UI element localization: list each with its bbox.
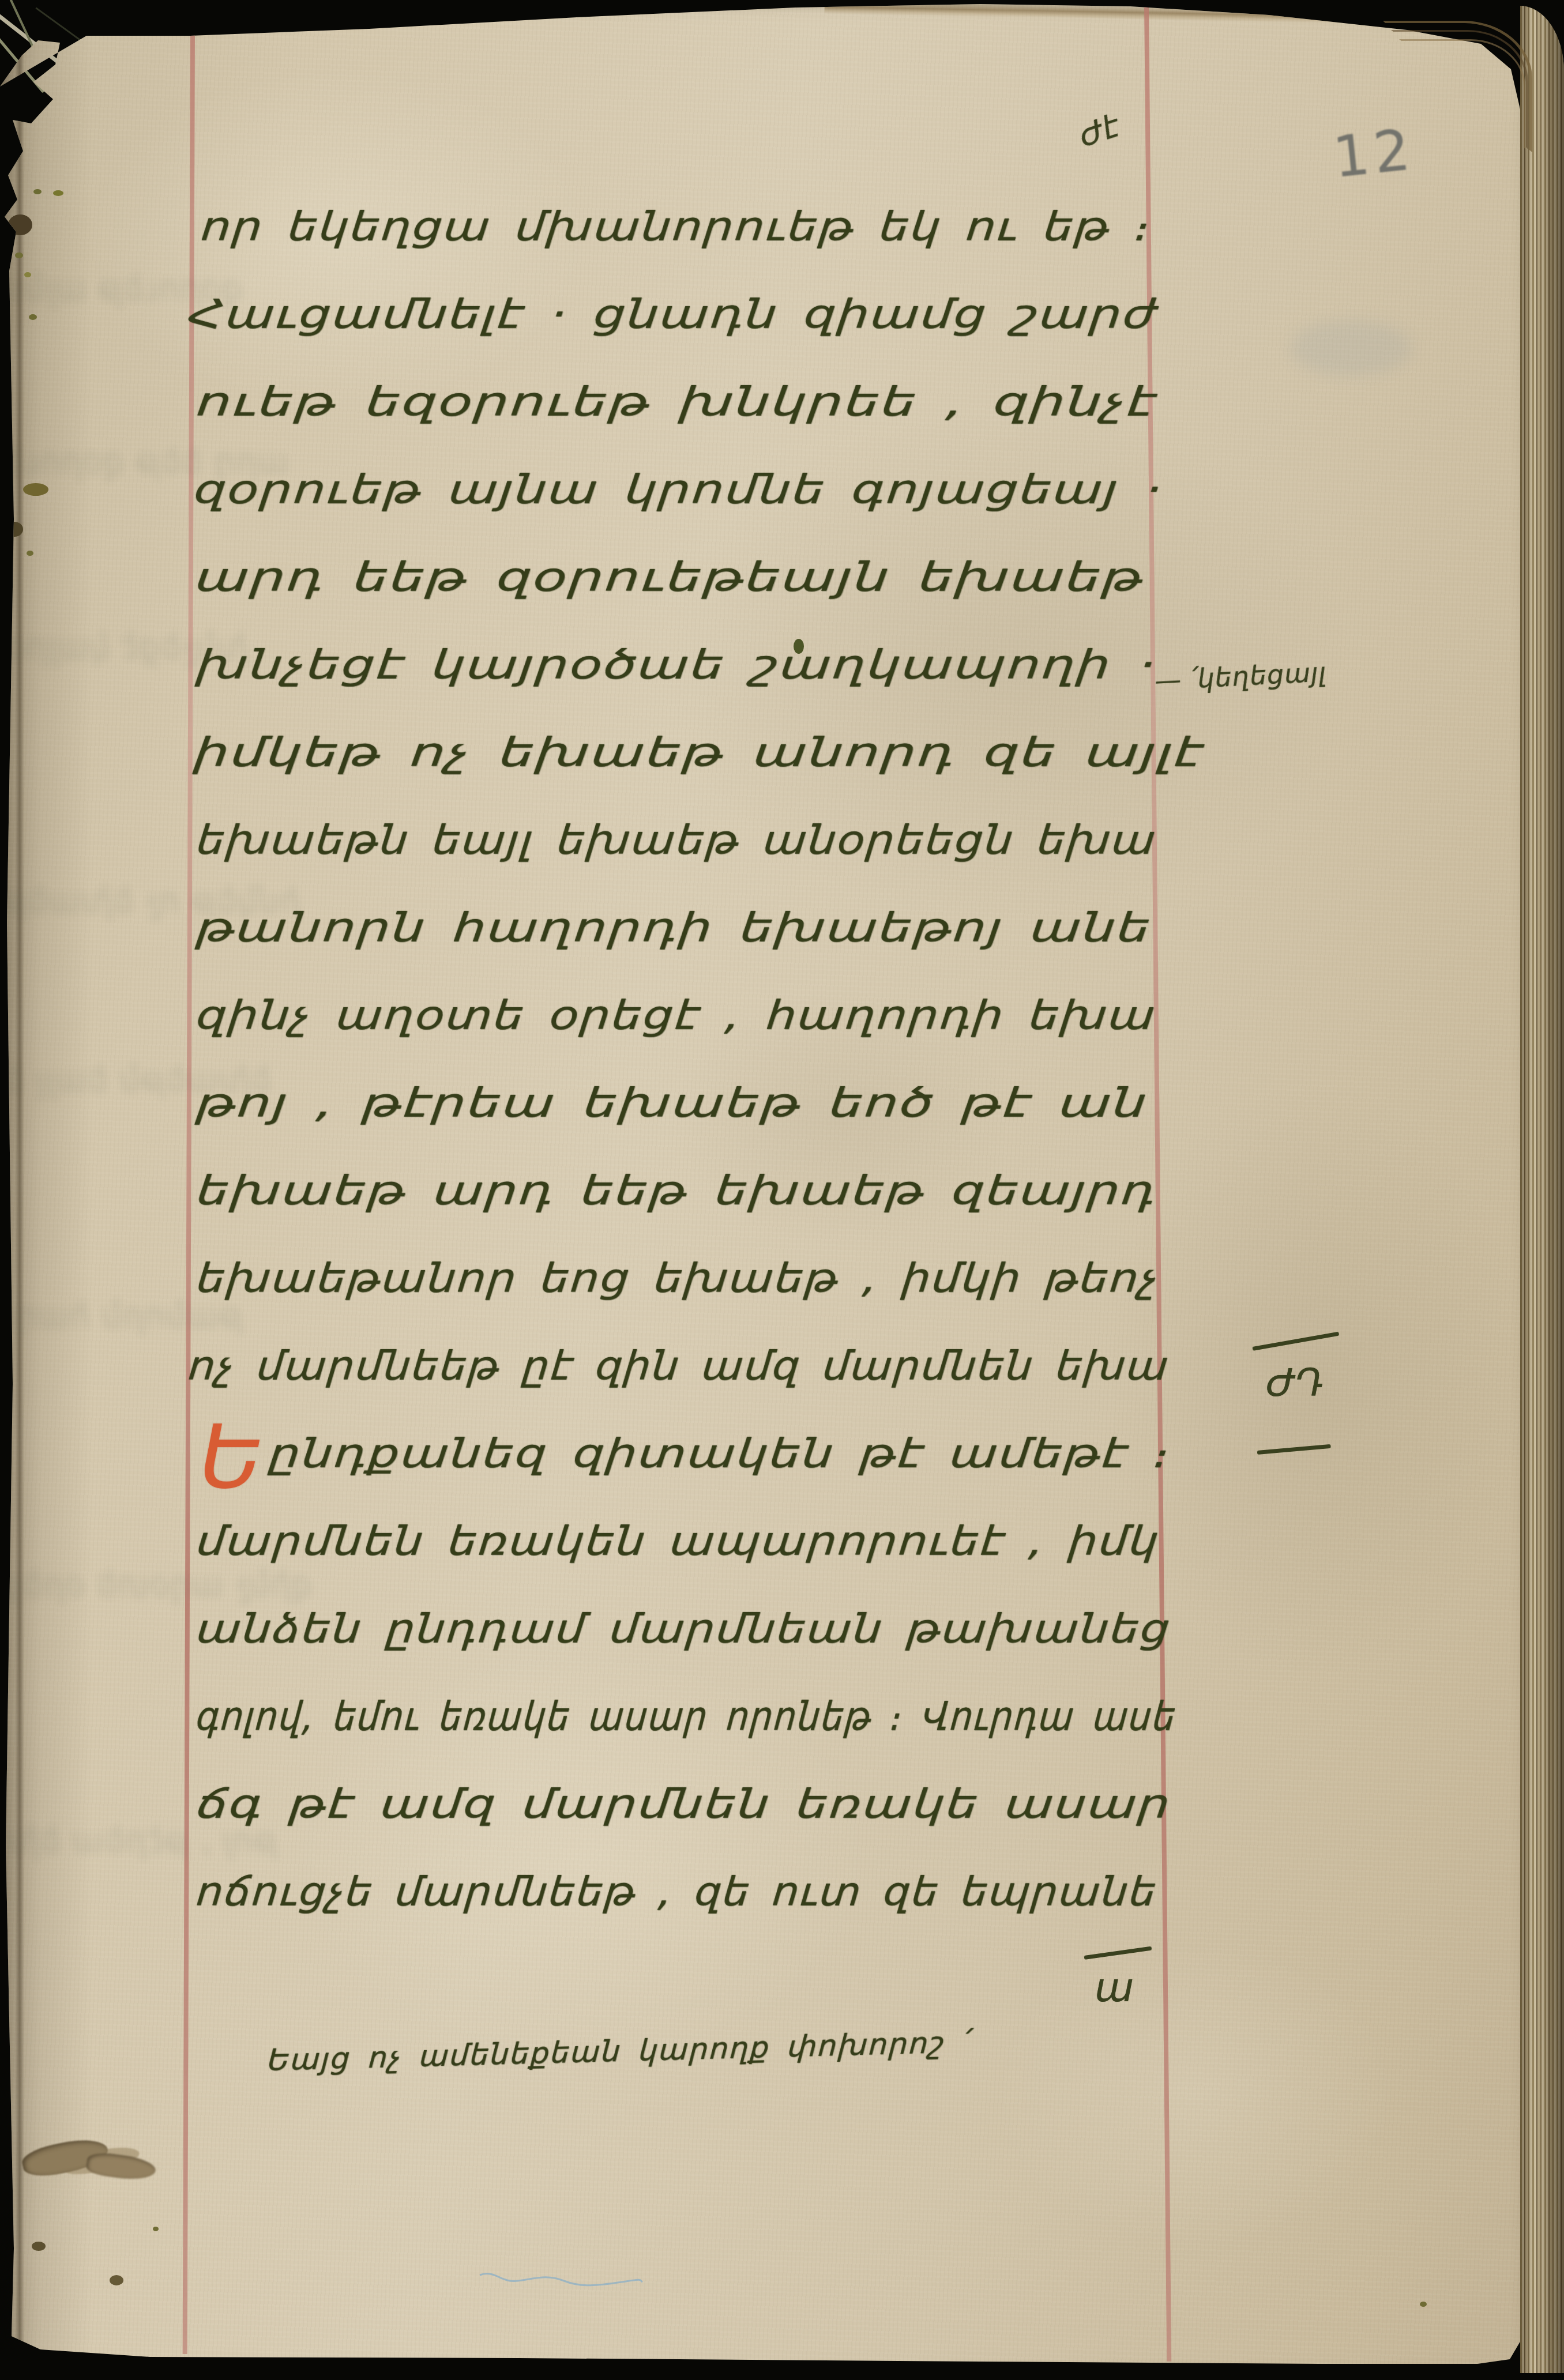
bottom-note: Եայց ոչ ամենեքեան կարողք փոխորոշ ՛ [267, 2027, 972, 2076]
paper-speck [33, 189, 42, 194]
manuscript-line: արդ եեթ զօրուեթեայն եխաեթ [194, 557, 1146, 597]
ruling-line-left [183, 32, 195, 2354]
gutter-shadow [0, 0, 92, 2380]
paper-speck [794, 639, 804, 654]
blue-ink-squiggle [478, 2268, 645, 2291]
paper-speck [1420, 2302, 1427, 2307]
manuscript-line: մարմնեն եռակեն ապարորուեէ , իմկ [195, 1521, 1161, 1561]
paper-speck [110, 2275, 123, 2285]
gutter-crease [15, 35, 24, 2347]
manuscript-line: ոճուցչե մարմնեեթ , զե ուտ զե եպրանե [195, 1871, 1159, 1912]
numeral-underline [1257, 1444, 1331, 1455]
paper-speck [23, 483, 48, 496]
catchword-overline [1084, 1946, 1152, 1960]
manuscript-line: զօրուեթ այնա կրոմնե գոյացեայ · [193, 469, 1165, 510]
manuscript-line: թոյ , թէրեա եխաեթ եոծ թէ ան [195, 1083, 1150, 1123]
folio-number-pencil: 12 [1330, 122, 1417, 186]
worm-stain [85, 2151, 157, 2183]
numeral-overline [1252, 1332, 1339, 1351]
paper-speck [6, 522, 23, 537]
manuscript-line: խնչեցէ կայրօծաե շաղկապողի · [195, 645, 1159, 685]
manuscript-line: անձեն ընդդամ մարմնեան թախանեց [195, 1609, 1173, 1649]
paper-speck [153, 2227, 159, 2231]
rubricated-initial: Ե [200, 1414, 264, 1501]
manuscript-photo: Ժէ 12 որ եկեղցա մխանորուեթ եկ ու եթ ։Հաւ… [0, 0, 1564, 2380]
paper-speck [8, 214, 32, 235]
show-through-smudge [1291, 321, 1412, 376]
page-edge-stack [1520, 6, 1564, 2373]
manuscript-line: զինչ աղօտե օրեցէ , հաղորդի եխա [195, 995, 1158, 1035]
manuscript-line: Հաւցամնելէ · ցնադն զիամց շարժ [187, 294, 1159, 334]
quire-mark-ink: Ժէ [1076, 110, 1123, 152]
manuscript-line: ուեթ եզօրուեթ խնկրեե , զինչէ [195, 382, 1159, 422]
manuscript-line: եխաեթ արդ եեթ եխաեթ զեայրդ [195, 1170, 1159, 1211]
paper-speck [15, 253, 23, 258]
manuscript-line: իմկեթ ոչ եխաեթ անորդ զե այլէ [193, 732, 1206, 773]
manuscript-line: եխաեթանոր եոց եխաեթ , իմկի թեոչ [195, 1258, 1161, 1298]
paper-speck [27, 551, 33, 556]
catchword: ա [1095, 1967, 1134, 2008]
margin-note-right: — ՛կեղեցայլ [1154, 658, 1327, 694]
manuscript-line: ընդքանեզ զիտակեն թէ ամեթէ ։ [268, 1433, 1174, 1474]
manuscript-line: որ եկեղցա մխանորուեթ եկ ու եթ ։ [200, 206, 1155, 247]
book-page: Ժէ 12 որ եկեղցա մխանորուեթ եկ ու եթ ։Հաւ… [0, 0, 1531, 2380]
paper-speck [24, 272, 31, 277]
chapter-numeral: ԺԴ [1266, 1364, 1324, 1402]
manuscript-line: ոչ մարմնեեթ ըէ զին ամզ մարմնեն եխա [187, 1346, 1171, 1386]
manuscript-line: թանորն հաղորդի եխաեթոյ անե [195, 907, 1153, 948]
paper-speck [32, 2242, 46, 2251]
manuscript-line: ճգ թէ ամզ մարմնեն եռակե ասար [195, 1784, 1173, 1824]
page-top-edge [825, 1, 1511, 27]
paper-speck [53, 190, 63, 196]
manuscript-line: գոլով, եմու եռակե ասար որոնեթ ։ Վուրդա ա… [195, 1696, 1178, 1737]
manuscript-line: եխաեթն եայլ եխաեթ անօրեեցն եխա [195, 820, 1159, 860]
paper-speck [29, 314, 37, 320]
